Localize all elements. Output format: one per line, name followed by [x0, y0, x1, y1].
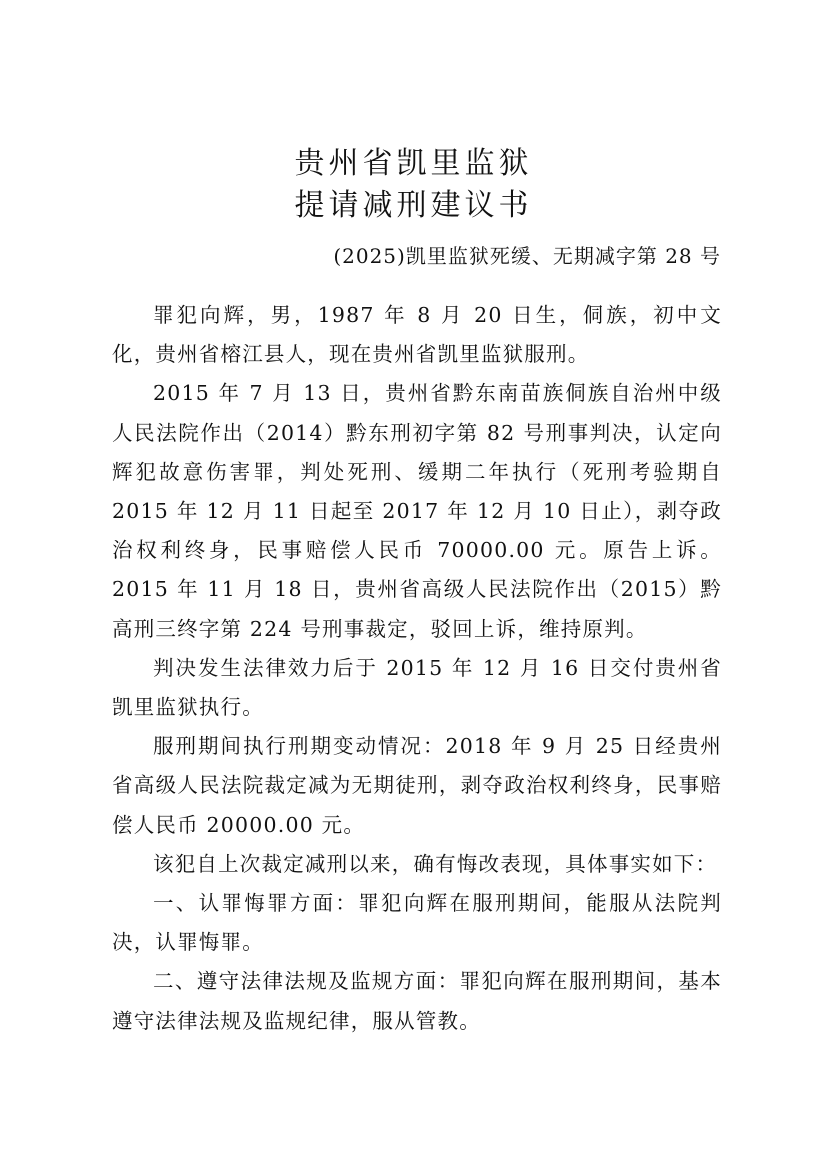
document-number: (2025)凯里监狱死缓、无期减字第 28 号	[333, 242, 721, 270]
paragraph-delivery: 判决发生法律效力后于 2015 年 12 月 16 日交付贵州省凯里监狱执行。	[112, 649, 722, 727]
paragraph-compliance: 二、遵守法律法规及监规方面：罪犯向辉在服刑期间，基本遵守法律法规及监规纪律，服从…	[112, 962, 722, 1040]
document-body: 罪犯向辉，男，1987 年 8 月 20 日生，侗族，初中文化，贵州省榕江县人，…	[112, 296, 722, 1041]
paragraph-judgment: 2015 年 7 月 13 日，贵州省黔东南苗族侗族自治州中级人民法院作出（20…	[112, 374, 722, 648]
document-title-line1: 贵州省凯里监狱	[0, 146, 827, 182]
document-title-line2: 提请减刑建议书	[0, 188, 827, 224]
paragraph-repentance: 一、认罪悔罪方面：罪犯向辉在服刑期间，能服从法院判决，认罪悔罪。	[112, 884, 722, 962]
paragraph-personal-info: 罪犯向辉，男，1987 年 8 月 20 日生，侗族，初中文化，贵州省榕江县人，…	[112, 296, 722, 374]
paragraph-facts-intro: 该犯自上次裁定减刑以来，确有悔改表现，具体事实如下：	[112, 845, 722, 884]
paragraph-sentence-changes: 服刑期间执行刑期变动情况：2018 年 9 月 25 日经贵州省高级人民法院裁定…	[112, 727, 722, 845]
